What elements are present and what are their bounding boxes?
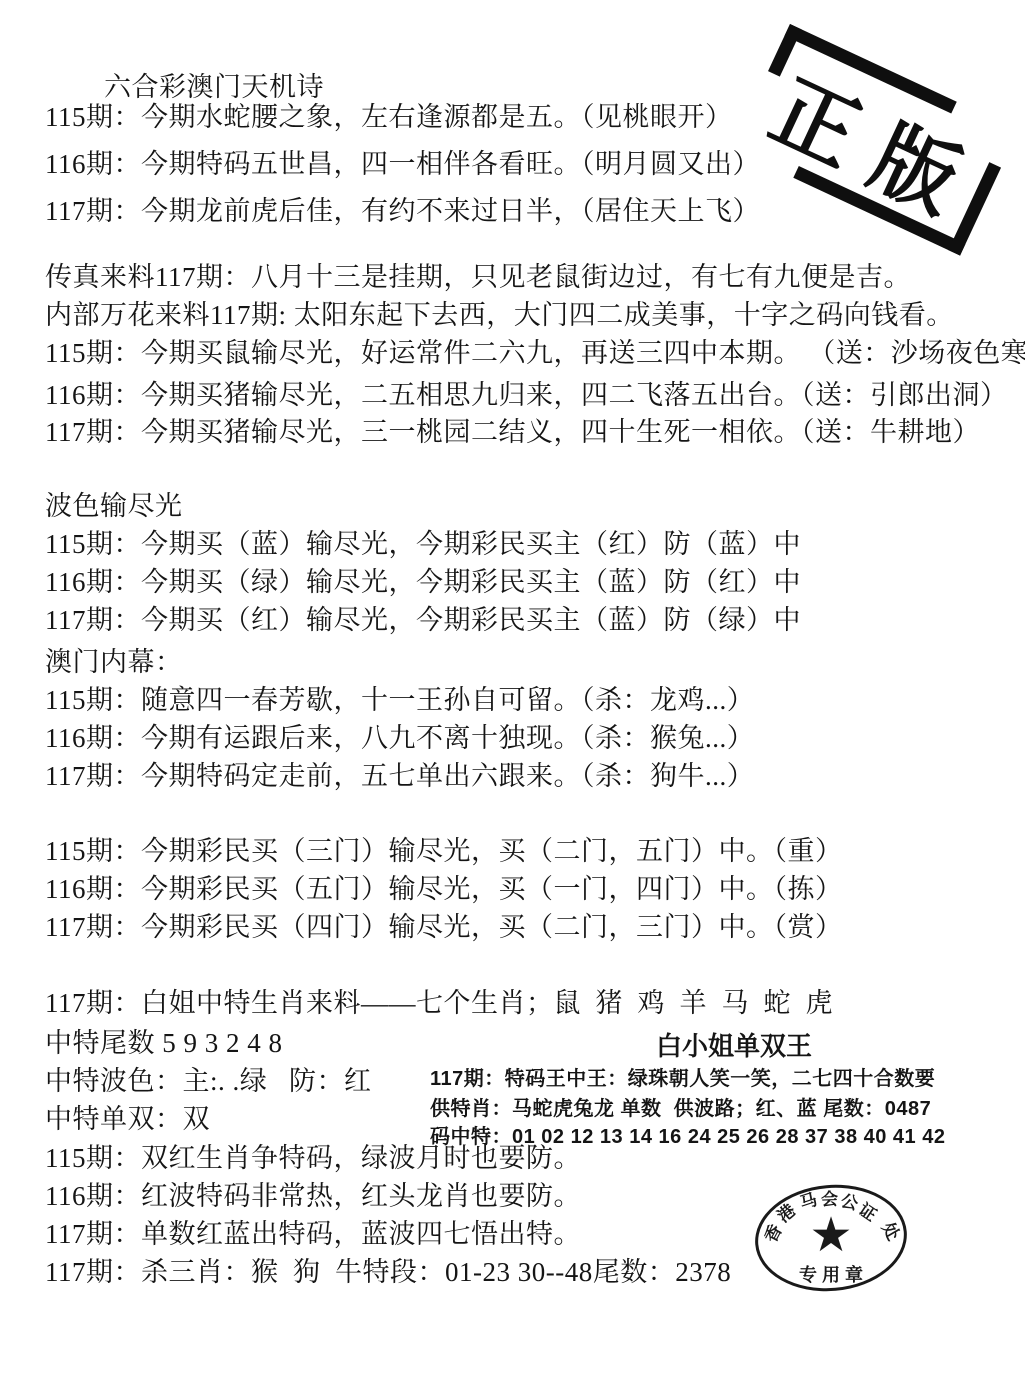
- poem-line-115: 115期：今期水蛇腰之象，左右逢源都是五。（见桃眼开）: [45, 102, 733, 133]
- fax-line-3: 115期：今期买鼠输尽光，好运常件二六九，再送三四中本期。 （送：沙场夜色寒）: [45, 338, 1025, 369]
- neimu-line-117: 117期：今期特码定走前，五七单出六跟来。（杀：狗牛...）: [45, 761, 754, 792]
- fax-line-4: 116期：今期买猪输尽光，二五相思九归来，四二飞落五出台。（送：引郎出洞）: [45, 380, 1008, 411]
- wang-panel-header: 白小姐单双王: [656, 1026, 812, 1063]
- poem-line-117: 117期：今期龙前虎后佳，有约不来过日半，（居住天上飞）: [45, 196, 760, 227]
- fax-line-5: 117期：今期买猪输尽光，三一桃园二结义，四十生死一相依。（送：牛耕地）: [45, 417, 980, 448]
- baijie-bose-line: 中特波色：主:. .绿 防：红: [45, 1066, 372, 1097]
- neimu-line-115: 115期：随意四一春芳歇，十一王孙自可留。（杀：龙鸡...）: [45, 685, 754, 716]
- bottom-line-117a: 117期：单数红蓝出特码，蓝波四七悟出特。: [45, 1219, 581, 1250]
- section-heading-neimu: 澳门内幕：: [45, 647, 183, 678]
- baijie-shengxiao-line: 117期：白姐中特生肖来料——七个生肖；鼠 猪 鸡 羊 马 蛇 虎: [45, 988, 833, 1019]
- men-line-116: 116期：今期彩民买（五门）输尽光，买（一门，四门）中。（拣）: [45, 874, 843, 905]
- bose-line-116: 116期：今期买（绿）输尽光，今期彩民买主（蓝）防（红）中: [45, 567, 801, 598]
- men-line-115: 115期：今期彩民买（三门）输尽光，买（二门，五门）中。（重）: [45, 836, 843, 867]
- men-line-117: 117期：今期彩民买（四门）输尽光，买（二门，三门）中。（赏）: [45, 912, 843, 943]
- bottom-line-117b: 117期：杀三肖：猴 狗 牛特段：01-23 30--48尾数：2378: [45, 1257, 731, 1288]
- bottom-line-116: 116期：红波特码非常热，红头龙肖也要防。: [45, 1181, 581, 1212]
- fax-line-2: 内部万花来料117期: 太阳东起下去西，大门四二成美事，十字之码向钱看。: [45, 300, 954, 331]
- zhengban-stamp: 正版: [732, 24, 1019, 256]
- fax-line-1: 传真来料117期：八月十三是挂期，只见老鼠街边过，有七有九便是吉。: [45, 262, 911, 293]
- baijie-weishu-line: 中特尾数 5 9 3 2 4 8: [45, 1028, 283, 1059]
- wang-panel-line-1: 117期：特码王中王：绿珠朝人笑一笑，二七四十合数要: [430, 1062, 935, 1091]
- poem-line-116: 116期：今期特码五世昌，四一相伴各看旺。（明月圆又出）: [45, 149, 760, 180]
- neimu-line-116: 116期：今期有运跟后来，八九不离十独现。（杀：猴兔...）: [45, 723, 754, 754]
- wang-panel-line-2: 供特肖：马蛇虎兔龙 单数 供波路；红、蓝 尾数：0487: [430, 1092, 931, 1121]
- page-title: 六合彩澳门天机诗: [104, 72, 324, 103]
- star-icon: ★: [809, 1212, 852, 1260]
- seal-arc-char: 会: [821, 1191, 839, 1209]
- stamp-text: 正版: [732, 24, 1019, 256]
- section-heading-bose: 波色输尽光: [45, 491, 183, 522]
- baijie-danshuang-line: 中特单双：双: [45, 1104, 210, 1135]
- fax-sheet: 六合彩澳门天机诗 115期：今期水蛇腰之象，左右逢源都是五。（见桃眼开） 116…: [0, 0, 1025, 1388]
- seal-bottom-text: 专用章: [755, 1261, 907, 1287]
- bottom-line-115: 115期：双红生肖争特码，绿波月时也要防。: [45, 1143, 581, 1174]
- bose-line-117: 117期：今期买（红）输尽光，今期彩民买主（蓝）防（绿）中: [45, 605, 801, 636]
- bose-line-115: 115期：今期买（蓝）输尽光，今期彩民买主（红）防（蓝）中: [45, 529, 801, 560]
- certification-seal: 香 港 马 会 公 证 处 ★ 专用章: [755, 1185, 907, 1291]
